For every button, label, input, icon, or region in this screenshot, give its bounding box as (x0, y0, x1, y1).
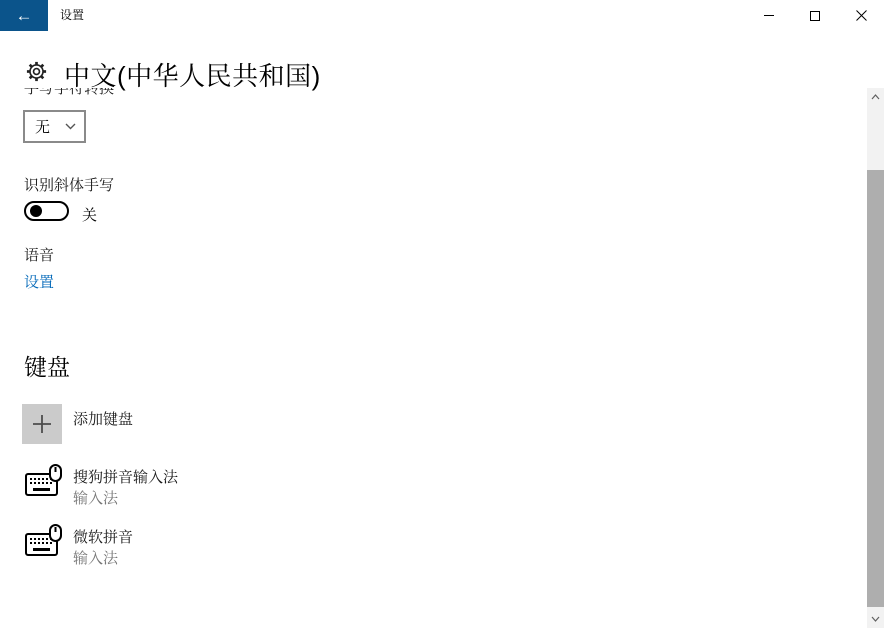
italic-handwriting-label: 识别斜体手写 (24, 174, 114, 195)
scrollbar-thumb[interactable] (867, 170, 884, 607)
add-keyboard-label: 添加键盘 (73, 408, 133, 429)
chevron-down-icon (65, 123, 76, 130)
add-keyboard-button[interactable]: 添加键盘 (22, 404, 322, 444)
scroll-down-button[interactable] (867, 612, 884, 626)
keyboard-item-microsoft-pinyin[interactable]: 微软拼音 输入法 (24, 522, 344, 566)
toggle-state-label: 关 (82, 204, 97, 225)
add-tile (22, 404, 62, 444)
close-button[interactable] (838, 0, 884, 31)
handwriting-conversion-label: 手写字符转换 (24, 88, 284, 99)
plus-icon (30, 412, 54, 436)
speech-settings-link[interactable]: 设置 (24, 271, 54, 292)
keyboard-item-type: 输入法 (73, 487, 118, 508)
keyboard-icon (24, 524, 64, 558)
handwriting-conversion-dropdown[interactable]: 无 (23, 110, 86, 143)
gear-icon (25, 60, 48, 83)
keyboard-item-name: 搜狗拼音输入法 (73, 466, 178, 487)
scroll-up-button[interactable] (867, 90, 884, 104)
minimize-icon (764, 15, 774, 16)
keyboard-section-title: 键盘 (24, 349, 70, 382)
close-icon (856, 10, 867, 21)
maximize-icon (810, 11, 820, 21)
keyboard-icon (24, 464, 64, 498)
back-arrow-icon: ← (16, 6, 33, 26)
italic-handwriting-toggle[interactable] (24, 201, 69, 221)
window-title: 设置 (60, 0, 84, 31)
keyboard-item-sogou[interactable]: 搜狗拼音输入法 输入法 (24, 462, 344, 506)
vertical-scrollbar[interactable] (867, 88, 884, 628)
titlebar: ← 设置 (0, 0, 884, 31)
dropdown-value: 无 (35, 116, 50, 137)
keyboard-item-type: 输入法 (73, 547, 118, 568)
speech-label: 语音 (24, 244, 54, 265)
minimize-button[interactable] (746, 0, 792, 31)
chevron-up-icon (871, 94, 880, 100)
maximize-button[interactable] (792, 0, 838, 31)
keyboard-item-name: 微软拼音 (73, 526, 133, 547)
back-button[interactable]: ← (0, 0, 48, 31)
chevron-down-icon (871, 616, 880, 622)
toggle-knob (30, 205, 42, 217)
